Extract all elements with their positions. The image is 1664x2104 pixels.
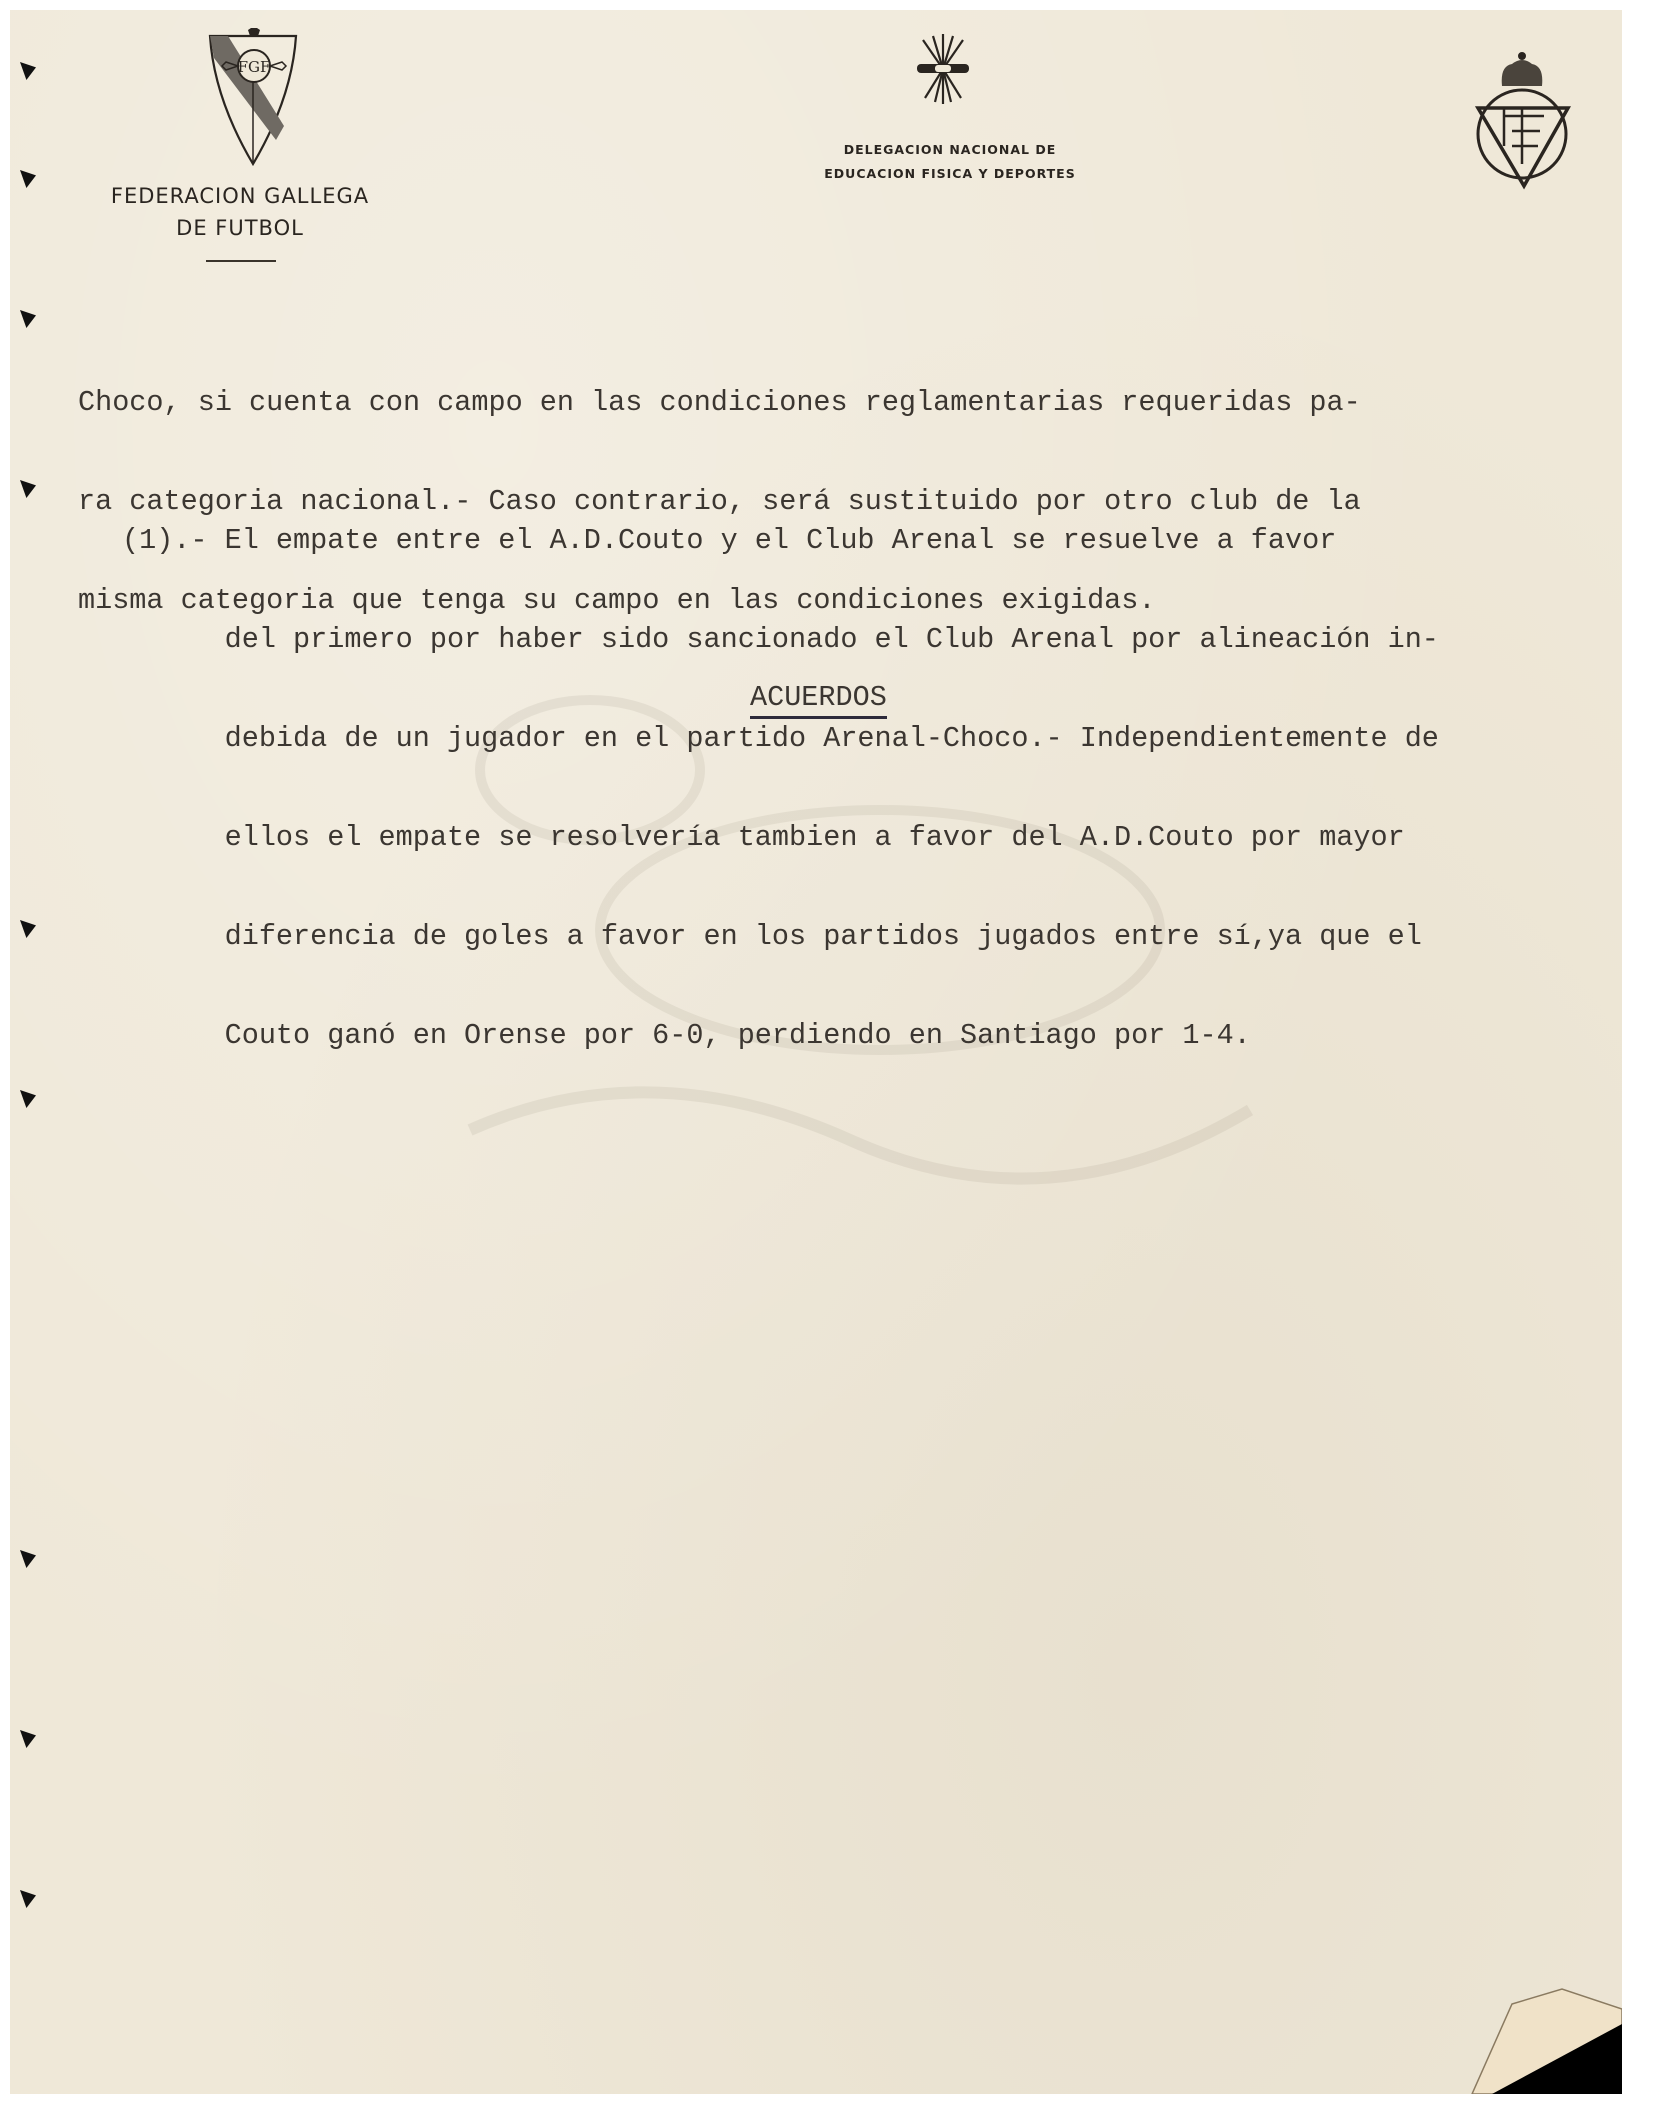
fgf-shield-icon: FGF — [206, 28, 300, 168]
binding-mark — [20, 1890, 36, 1908]
binding-mark — [20, 62, 36, 80]
delegacion-letterhead: DELEGACION NACIONAL DE EDUCACION FISICA … — [790, 138, 1110, 186]
fgf-name-line1: FEDERACION GALLEGA — [40, 180, 440, 212]
binding-mark — [20, 480, 36, 498]
binding-mark — [20, 170, 36, 188]
fgf-letterhead-name: FEDERACION GALLEGA DE FUTBOL — [40, 180, 440, 244]
fgf-name-line2: DE FUTBOL — [40, 212, 440, 244]
footnote-line: ellos el empate se resolvería tambien a … — [122, 821, 1662, 854]
binding-mark — [20, 1730, 36, 1748]
delegacion-line1: DELEGACION NACIONAL DE — [790, 138, 1110, 162]
footnote-line: Couto ganó en Orense por 6-0, perdiendo … — [122, 1019, 1662, 1052]
section-heading-acuerdos: ACUERDOS — [750, 682, 887, 719]
yoke-and-arrows-icon — [915, 34, 971, 104]
binding-mark — [20, 310, 36, 328]
binding-mark — [20, 1550, 36, 1568]
binding-mark — [20, 920, 36, 938]
footnote-line: debida de un jugador en el partido Arena… — [122, 722, 1662, 755]
footnote-1: (1).- El empate entre el A.D.Couto y el … — [122, 458, 1662, 1118]
torn-corner — [1432, 1894, 1622, 2094]
footnote-line: del primero por haber sido sancionado el… — [122, 623, 1662, 656]
svg-text:FGF: FGF — [238, 58, 271, 76]
footnote-line: diferencia de goles a favor en los parti… — [122, 920, 1662, 953]
crowned-rfef-crest-icon — [1472, 46, 1572, 191]
binding-mark — [20, 1090, 36, 1108]
paragraph-line: Choco, si cuenta con campo en las condic… — [78, 386, 1638, 419]
document-page: FGF FEDERACION GALLEGA DE FUTBOL DELEGAC… — [10, 10, 1622, 2094]
letterhead-divider — [206, 260, 276, 262]
delegacion-line2: EDUCACION FISICA Y DEPORTES — [790, 162, 1110, 186]
footnote-line: (1).- El empate entre el A.D.Couto y el … — [122, 524, 1662, 557]
